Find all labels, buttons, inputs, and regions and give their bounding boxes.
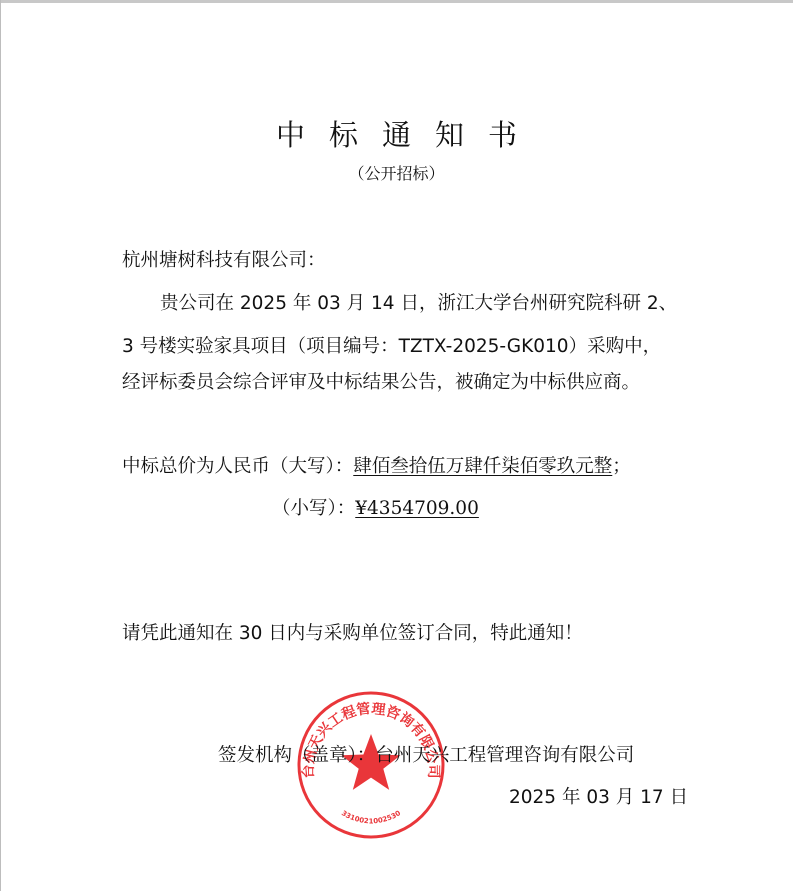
price-uppercase-label: 中标总价为人民币（大写）： bbox=[122, 456, 353, 477]
body-line-2: 3 号楼实验家具项目（项目编号：TZTX-2025-GK010）采购中， bbox=[122, 334, 661, 360]
body-line-1: 贵公司在 2025 年 03 月 14 日，浙江大学台州研究院科研 2、 bbox=[160, 291, 677, 317]
document-subtitle: （公开招标） bbox=[0, 163, 793, 185]
price-lowercase-value: ¥4354709.00 bbox=[355, 498, 479, 519]
recipient-line: 杭州塘树科技有限公司： bbox=[122, 248, 326, 274]
body-line-3: 经评标委员会综合评审及中标结果公告，被确定为中标供应商。 bbox=[122, 370, 640, 396]
price-lowercase-line: （小写）：¥4354709.00 bbox=[272, 496, 479, 522]
document-title: 中标通知书 bbox=[0, 117, 793, 153]
signature-date: 2025 年 03 月 17 日 bbox=[509, 785, 688, 811]
signature-issuer: 台州天兴工程管理咨询有限公司 bbox=[375, 745, 634, 766]
signature-line: 签发机构（盖章）：台州天兴工程管理咨询有限公司 bbox=[218, 743, 634, 769]
price-lowercase-label: （小写）： bbox=[272, 498, 355, 519]
price-uppercase-line: 中标总价为人民币（大写）：肆佰叁拾伍万肆仟柒佰零玖元整； bbox=[122, 454, 631, 480]
price-uppercase-suffix: ； bbox=[612, 456, 631, 477]
document-page: 中标通知书 （公开招标） 杭州塘树科技有限公司： 贵公司在 2025 年 03 … bbox=[0, 0, 793, 891]
seal-code-text: 3310021002530 bbox=[340, 809, 402, 825]
signature-label: 签发机构（盖章）： bbox=[218, 745, 375, 766]
price-uppercase-value: 肆佰叁拾伍万肆仟柒佰零玖元整 bbox=[353, 456, 612, 477]
notice-line: 请凭此通知在 30 日内与采购单位签订合同，特此通知！ bbox=[122, 621, 583, 647]
